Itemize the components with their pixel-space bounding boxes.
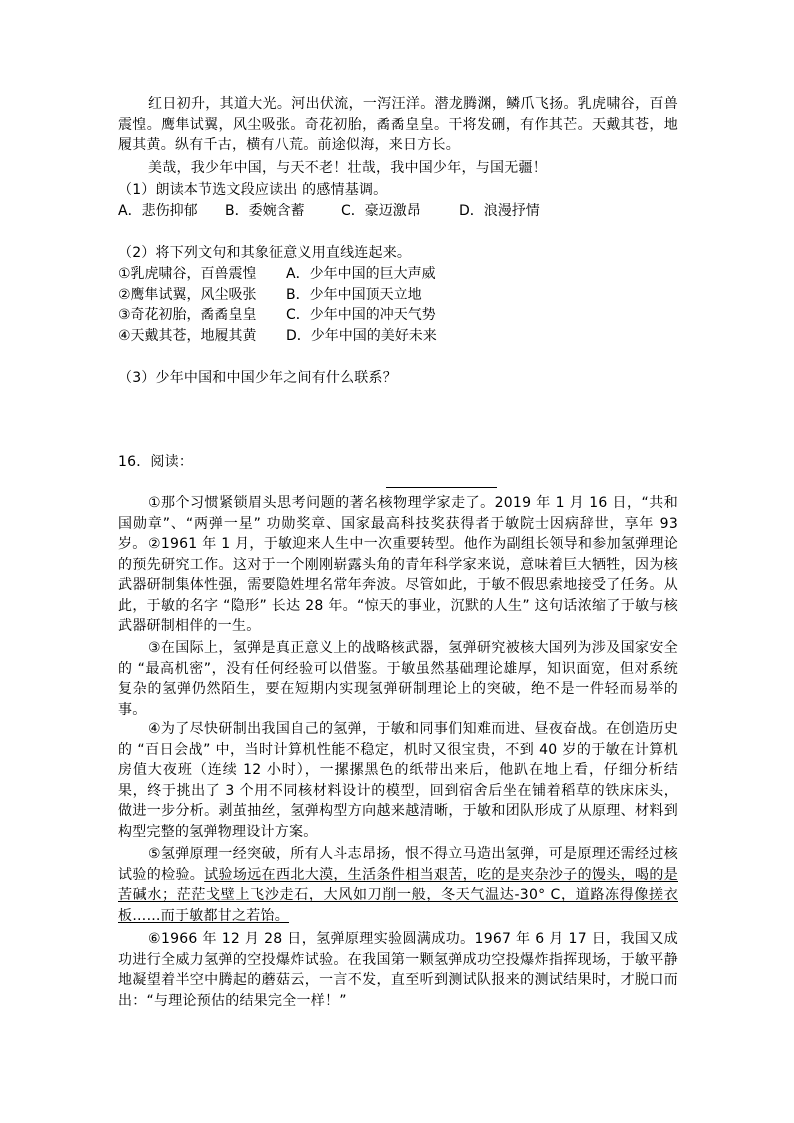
match-row-1: ①乳虎啸谷，百兽震惶A．少年中国的巨大声威: [118, 264, 436, 284]
article-paragraph-5: ⑤氢弹原理一经突破，所有人斗志昂扬，恨不得立马造出氢弹，可是原理还需经过核试验的…: [118, 844, 678, 926]
section-16-heading: 16．阅读：: [118, 452, 193, 472]
option-d: D．浪漫抒情: [459, 201, 540, 221]
match-right-4: D．少年中国的美好未来: [286, 328, 437, 344]
match-right-1: A．少年中国的巨大声威: [286, 266, 436, 282]
match-right-3: C．少年中国的冲天气势: [286, 307, 436, 323]
match-left-4: ④天戴其苍，地履其黄: [118, 326, 286, 346]
question-2-prompt: （2）将下列文句和其象征意义用直线连起来。: [118, 243, 411, 263]
poem-paragraph-2: 美哉，我少年中国，与天不老！壮哉，我中国少年，与国无疆！: [118, 158, 678, 179]
match-left-3: ③奇花初胎，矞矞皇皇: [118, 305, 286, 325]
match-row-2: ②鹰隼试翼，风尘吸张B．少年中国顶天立地: [118, 285, 422, 305]
match-right-2: B．少年中国顶天立地: [286, 287, 422, 303]
match-left-2: ②鹰隼试翼，风尘吸张: [118, 285, 286, 305]
title-blank-line: [386, 487, 497, 488]
match-row-4: ④天戴其苍，地履其黄D．少年中国的美好未来: [118, 326, 437, 346]
poem-paragraph-1: 红日初升，其道大光。河出伏流，一泻汪洋。潜龙腾渊，鳞爪飞扬。乳虎啸谷，百兽震惶。…: [118, 94, 678, 156]
question-1-options: A．悲伤抑郁B．委婉含蓄C．豪迈激昂D．浪漫抒情: [118, 201, 540, 221]
article-paragraph-2: ②1961 年 1 月，于敏迎来人生中一次重要转型。他作为副组长领导和参加氢弹理…: [118, 534, 678, 637]
option-a: A．悲伤抑郁: [118, 201, 225, 221]
question-3-prompt: （3）少年中国和中国少年之间有什么联系？: [118, 368, 397, 388]
option-c: C．豪迈激昂: [341, 201, 459, 221]
article-paragraph-4: ④为了尽快研制出我国自己的氢弹，于敏和同事们知难而进、昼夜奋战。在创造历史的 “…: [118, 719, 678, 843]
match-left-1: ①乳虎啸谷，百兽震惶: [118, 264, 286, 284]
article-paragraph-6: ⑥1966 年 12 月 28 日，氢弹原理实验圆满成功。1967 年 6 月 …: [118, 929, 678, 1011]
article-paragraph-3: ③在国际上，氢弹是真正意义上的战略核武器，氢弹研究被核大国列为涉及国家安全的 “…: [118, 638, 678, 720]
match-row-3: ③奇花初胎，矞矞皇皇C．少年中国的冲天气势: [118, 305, 436, 325]
question-1-prompt: （1）朗读本节选文段应读出 的感情基调。: [118, 180, 387, 200]
option-b: B．委婉含蓄: [225, 201, 341, 221]
